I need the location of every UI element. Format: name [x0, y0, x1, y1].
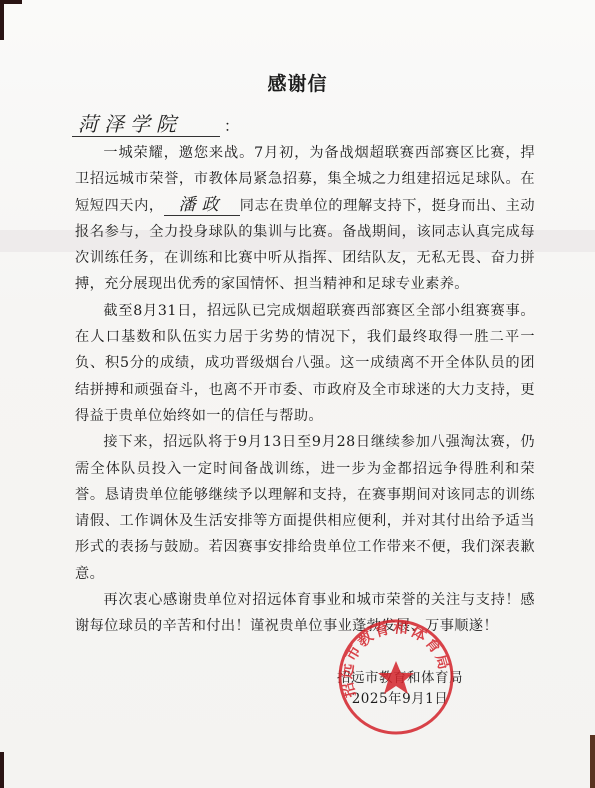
paragraph-4: 再次衷心感谢贵单位对招远体育事业和城市荣誉的关注与支持！感谢每位球员的辛苦和付出… [75, 587, 535, 640]
svg-text:招远市教育和体育局: 招远市教育和体育局 [337, 618, 454, 700]
seal-text: 招远市教育和体育局 [337, 618, 454, 700]
letter-title: 感谢信 [0, 69, 595, 96]
scan-edge [590, 735, 595, 788]
star-icon [378, 661, 414, 694]
scan-edge [0, 0, 22, 4]
paragraph-3: 接下来，招远队将于9月13日至9月28日继续参加八强淘汰赛，仍需全体队员投入一定… [75, 429, 535, 587]
scan-edge [0, 752, 4, 788]
scan-edge [0, 0, 4, 40]
name-handwritten: 潘政 [164, 195, 240, 216]
paragraph-2: 截至8月31日，招远队已完成烟超联赛西部赛区全部小组赛赛事。在人口基数和队伍实力… [75, 298, 535, 429]
salutation-colon: ： [224, 117, 239, 135]
salutation: 菏泽学院： [72, 112, 239, 138]
recipient-handwritten: 菏泽学院 [72, 112, 220, 137]
letter-body: 一城荣耀，邀您来战。7月初，为备战烟超联赛西部赛区比赛，捍卫招远城市荣誉，市教体… [75, 140, 535, 640]
official-seal: 招远市教育和体育局 [336, 617, 456, 737]
letter-page: 感谢信 菏泽学院： 一城荣耀，邀您来战。7月初，为备战烟超联赛西部赛区比赛，捍卫… [0, 0, 595, 788]
paragraph-1: 一城荣耀，邀您来战。7月初，为备战烟超联赛西部赛区比赛，捍卫招远城市荣誉，市教体… [75, 140, 535, 298]
